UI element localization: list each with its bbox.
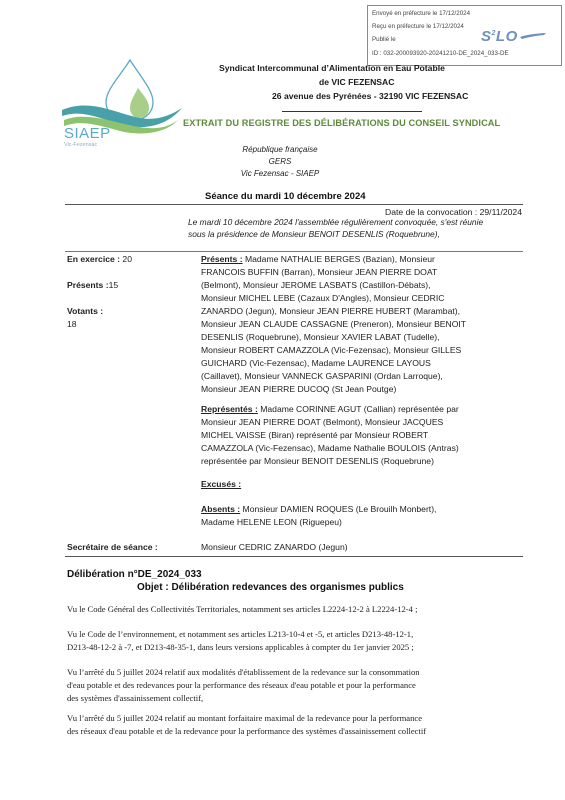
representes-list: Représentés : Madame CORINNE AGUT (Calli… <box>201 403 459 468</box>
paragraph-cgct: Vu le Code Général des Collectivités Ter… <box>67 603 418 616</box>
seance-intro-1: Le mardi 10 décembre 2024 l'assemblée ré… <box>188 217 483 227</box>
secretaire-value: Monsieur CEDRIC ZANARDO (Jegun) <box>201 541 348 554</box>
presents-list: Présents : Madame NATHALIE BERGES (Bazia… <box>201 253 466 396</box>
secretaire-label: Secrétaire de séance : <box>67 541 158 554</box>
table-top-rule <box>65 251 523 252</box>
seance-rule <box>65 204 523 205</box>
republic-line-1: République française <box>225 145 335 154</box>
paragraph-code-environnement: Vu le Code de l’environnement, et notamm… <box>67 628 414 654</box>
table-bottom-rule <box>65 556 523 557</box>
extrait-title: EXTRAIT DU REGISTRE DES DÉLIBÉRATIONS DU… <box>183 118 500 128</box>
republic-line-3: Vic Fezensac - SIAEP <box>215 169 345 178</box>
s2lo-logo: S2LO <box>481 28 518 45</box>
absents-list: Absents : Monsieur DAMIEN ROQUES (Le Bro… <box>201 503 436 529</box>
paragraph-arrete-montant: Vu l’arrêté du 5 juillet 2024 relatif au… <box>67 712 426 738</box>
excuses-label: Excusés : <box>201 478 241 491</box>
count-en-exercice: En exercice : 20 <box>67 253 132 266</box>
stamp-received: Reçu en préfecture le 17/12/2024 <box>372 23 464 30</box>
stamp-published: Publié le <box>372 36 396 43</box>
seance-intro-2: sous la présidence de Monsieur BENOIT DE… <box>188 229 440 239</box>
count-presents: Présents :15 <box>67 279 118 292</box>
prefecture-stamp: Envoyé en préfecture le 17/12/2024 Reçu … <box>367 5 562 66</box>
header-line-1: Syndicat Intercommunal d’Alimentation en… <box>219 63 445 73</box>
stamp-sent: Envoyé en préfecture le 17/12/2024 <box>372 10 470 17</box>
header-line-2: de VIC FEZENSAC <box>319 77 394 87</box>
header-address: 26 avenue des Pyrénées - 32190 VIC FEZEN… <box>272 91 468 101</box>
republic-line-2: GERS <box>225 157 335 166</box>
water-drop-logo-icon: SIAEP Vic-Fezensac <box>60 58 185 148</box>
count-votants: Votants : 18 <box>67 305 103 331</box>
svg-text:SIAEP: SIAEP <box>64 125 111 142</box>
header-divider <box>282 111 422 112</box>
deliberation-objet: Objet : Délibération redevances des orga… <box>137 582 404 593</box>
s2lo-wing-icon <box>520 33 546 39</box>
deliberation-number: Délibération n°DE_2024_033 <box>67 569 202 580</box>
siaep-logo: SIAEP Vic-Fezensac <box>60 58 185 148</box>
paragraph-arrete-modalites: Vu l’arrêté du 5 juillet 2024 relatif au… <box>67 666 420 705</box>
stamp-id: ID : 032-200093920-20241210-DE_2024_033-… <box>372 50 509 57</box>
svg-text:Vic-Fezensac: Vic-Fezensac <box>64 142 97 148</box>
seance-title: Séance du mardi 10 décembre 2024 <box>205 191 366 202</box>
